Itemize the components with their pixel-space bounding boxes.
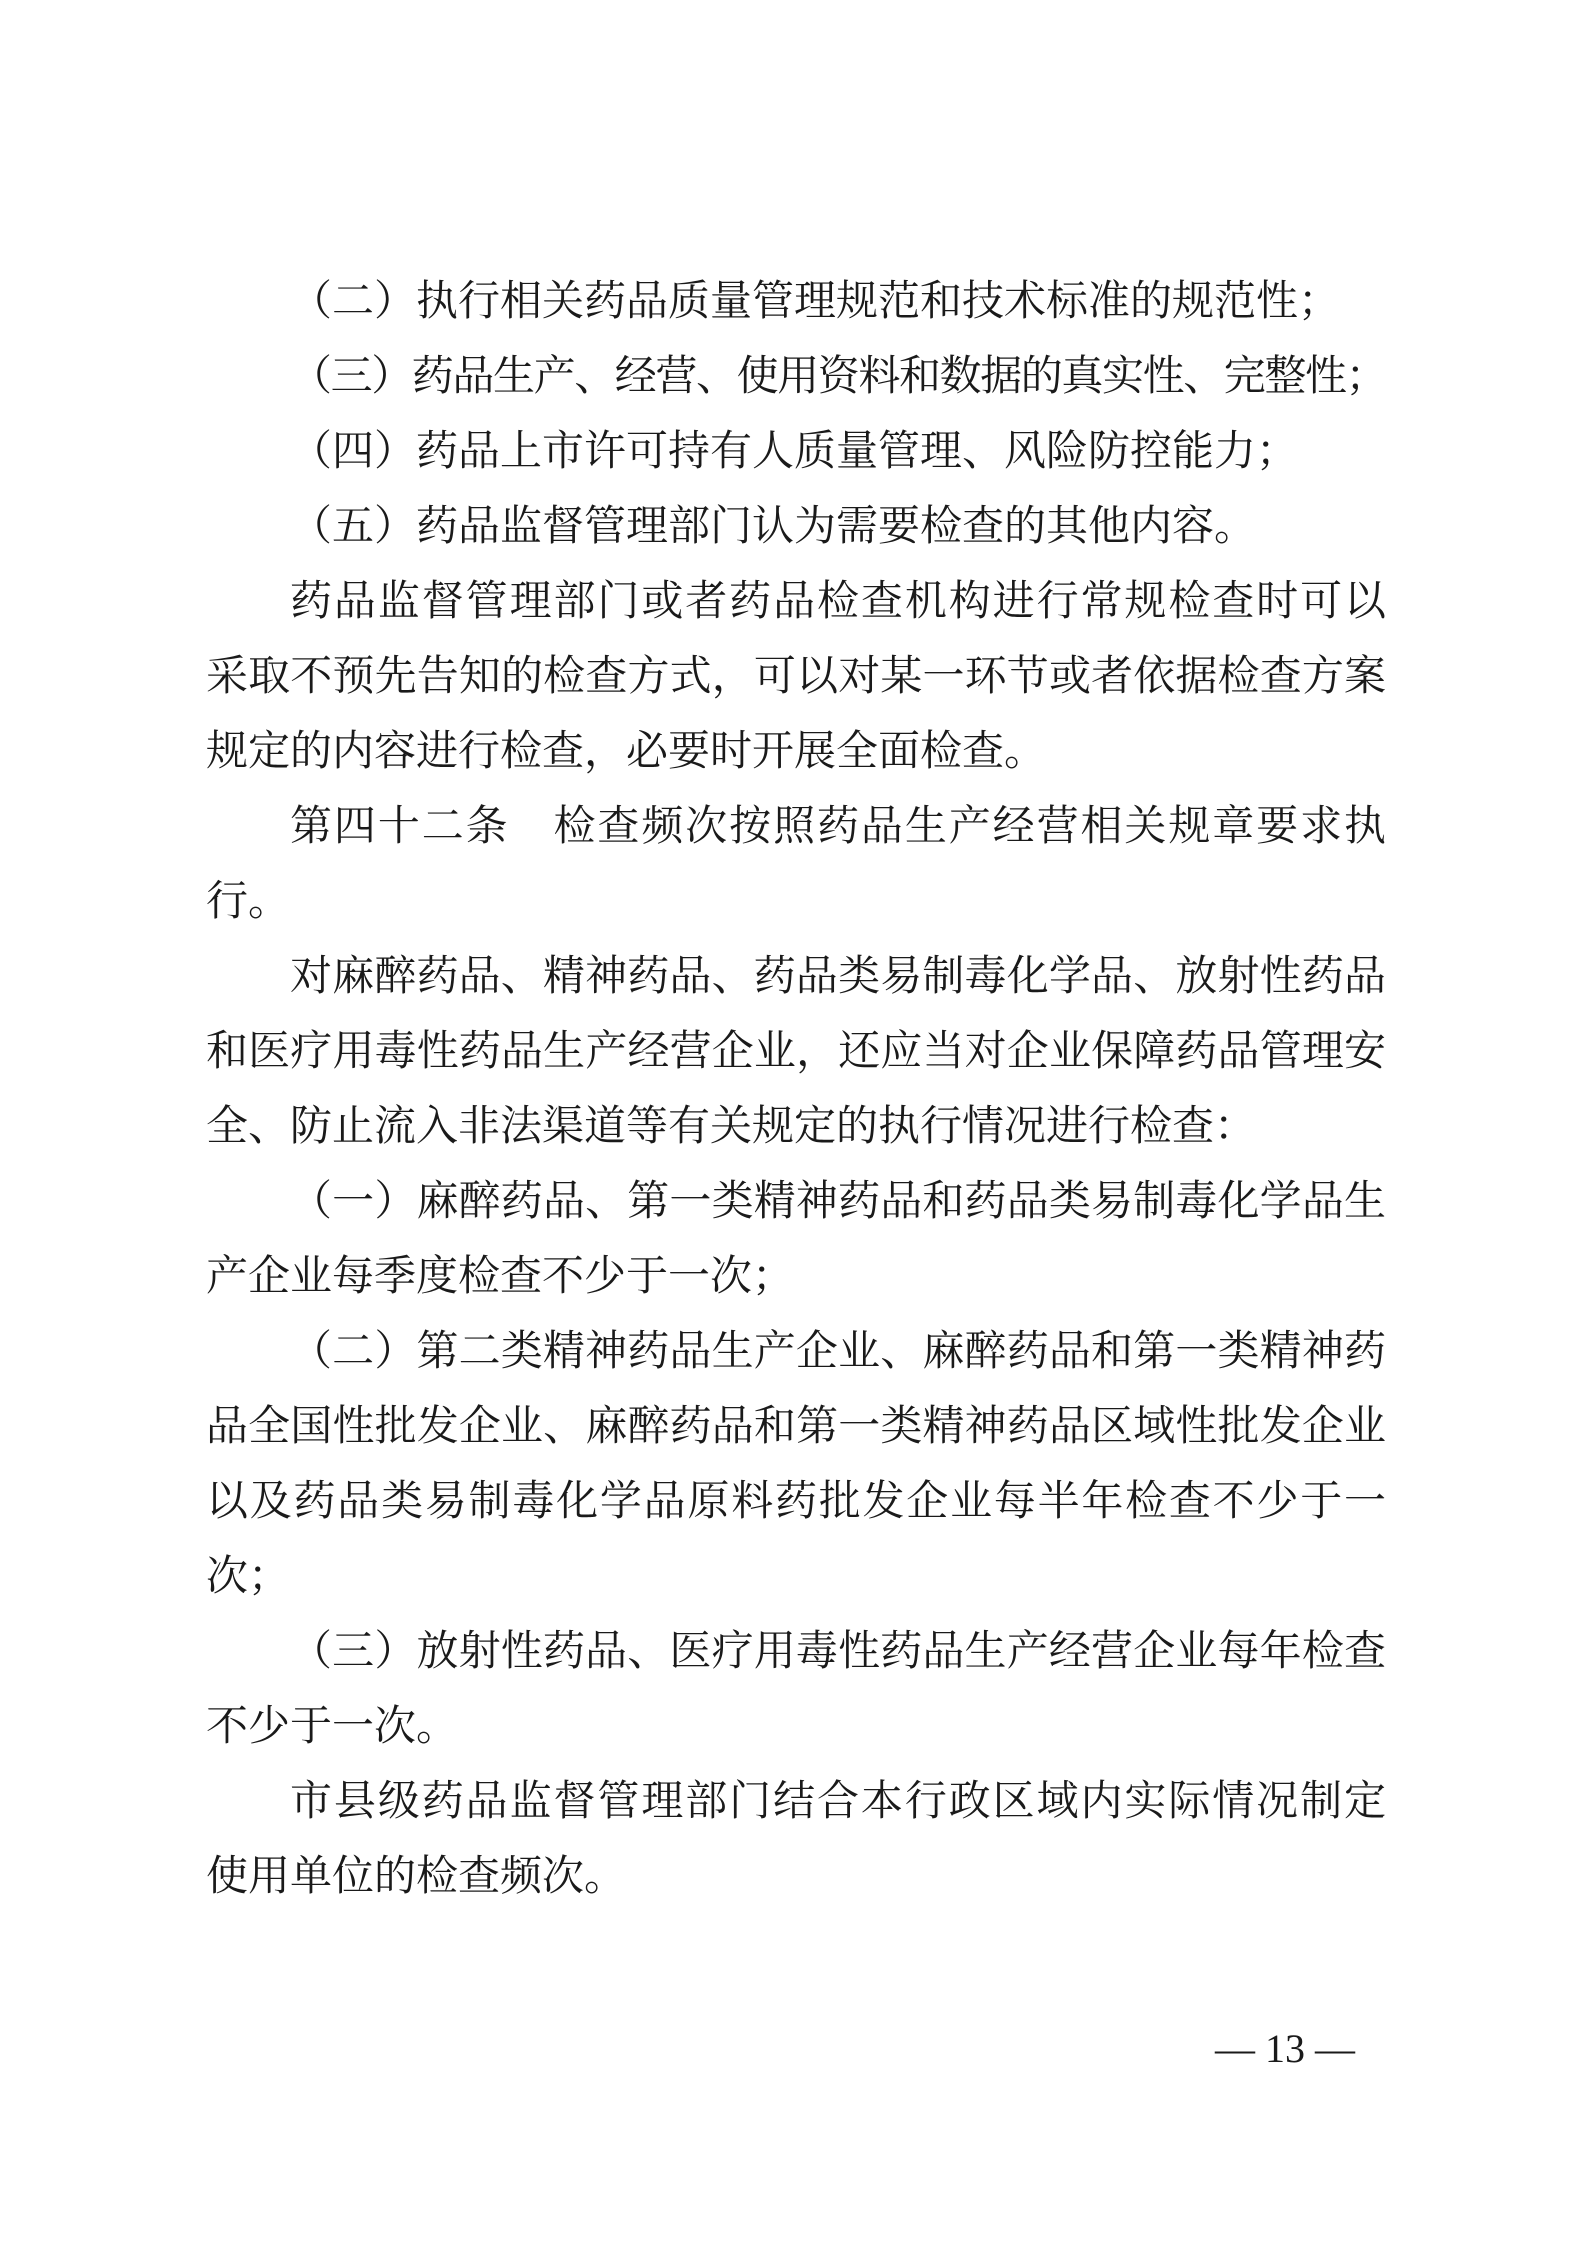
document-line: 以及药品类易制毒化学品原料药批发企业每半年检查不少于一 — [206, 1465, 1386, 1540]
document-page: （二）执行相关药品质量管理规范和技术标准的规范性； （三）药品生产、经营、使用资… — [0, 0, 1587, 2245]
document-line: 次； — [206, 1540, 1386, 1615]
document-line: 行。 — [206, 865, 1386, 940]
document-line: （五）药品监督管理部门认为需要检查的其他内容。 — [206, 490, 1386, 565]
document-line: （三）药品生产、经营、使用资料和数据的真实性、完整性； — [206, 340, 1386, 415]
document-line: 规定的内容进行检查，必要时开展全面检查。 — [206, 715, 1386, 790]
document-line: （二）第二类精神药品生产企业、麻醉药品和第一类精神药 — [206, 1315, 1386, 1390]
document-line: 市县级药品监督管理部门结合本行政区域内实际情况制定 — [206, 1765, 1386, 1840]
document-line: 对麻醉药品、精神药品、药品类易制毒化学品、放射性药品 — [206, 940, 1386, 1015]
document-line: （三）放射性药品、医疗用毒性药品生产经营企业每年检查 — [206, 1615, 1386, 1690]
page-number: — 13 — — [1215, 2020, 1355, 2078]
document-line: 产企业每季度检查不少于一次； — [206, 1240, 1386, 1315]
document-line: 使用单位的检查频次。 — [206, 1840, 1386, 1915]
document-line: 品全国性批发企业、麻醉药品和第一类精神药品区域性批发企业 — [206, 1390, 1386, 1465]
document-line: 采取不预先告知的检查方式，可以对某一环节或者依据检查方案 — [206, 640, 1386, 715]
document-line: （二）执行相关药品质量管理规范和技术标准的规范性； — [206, 265, 1386, 340]
document-line: （一）麻醉药品、第一类精神药品和药品类易制毒化学品生 — [206, 1165, 1386, 1240]
document-body: （二）执行相关药品质量管理规范和技术标准的规范性； （三）药品生产、经营、使用资… — [206, 265, 1386, 1915]
document-line: 全、防止流入非法渠道等有关规定的执行情况进行检查： — [206, 1090, 1386, 1165]
document-line: （四）药品上市许可持有人质量管理、风险防控能力； — [206, 415, 1386, 490]
document-line: 和医疗用毒性药品生产经营企业，还应当对企业保障药品管理安 — [206, 1015, 1386, 1090]
document-line: 不少于一次。 — [206, 1690, 1386, 1765]
document-line: 第四十二条 检查频次按照药品生产经营相关规章要求执 — [206, 790, 1386, 865]
document-line: 药品监督管理部门或者药品检查机构进行常规检查时可以 — [206, 565, 1386, 640]
